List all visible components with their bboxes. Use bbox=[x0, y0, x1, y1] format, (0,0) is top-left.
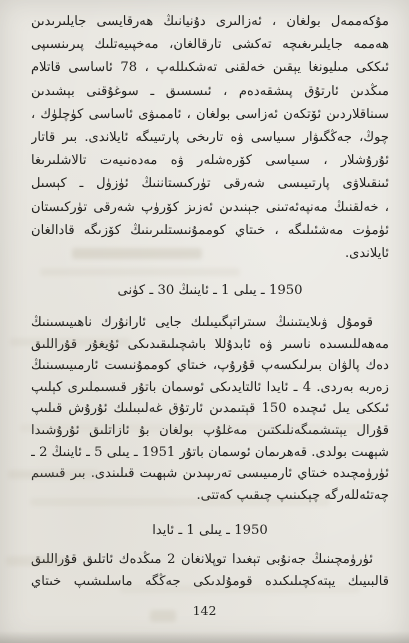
text-line: قۇرال يېتىشمىگەنلىكتىن مەغلۇپ بولغان بۇ … bbox=[31, 420, 389, 442]
text-line: سىناقلاردىن ئۆتكەن ئەزاسى بولغان ، ئاممى… bbox=[31, 103, 389, 126]
text-line: ھەممە جايلىرىغىچە تەكشى تارقالغان، مەخپى… bbox=[31, 33, 389, 56]
text-line: مۇكەممەل بولغان ، ئەزالىرى دۇنيانىڭ ھەرق… bbox=[31, 10, 389, 33]
text-block: مۇكەممەل بولغان ، ئەزالىرى دۇنيانىڭ ھەرق… bbox=[31, 10, 389, 593]
text-line: ، خەلقنىڭ مەنپەئەتىنى جېنىدىن ئەزىز كۆرۈ… bbox=[31, 196, 389, 219]
page-number: 142 bbox=[0, 603, 409, 618]
date-heading: 1950 ـ يىلى 1 ـ ئاينىڭ 30 ـ كۈنى bbox=[31, 281, 389, 301]
paragraph: قومۇل ۋىلايىتىنىڭ سىتراتېگىيىلىك جايى ئا… bbox=[31, 312, 389, 506]
text-line: ئۈمۈت مەشئىلىگە ، خىتاي كوممۇنىستلىرىنىڭ… bbox=[31, 219, 389, 242]
text-line: ئايلاندى. bbox=[31, 242, 389, 265]
text-line: مەھەللىسىدە ناسىر ۋە ئابدۇللا باشچىلىقىد… bbox=[31, 334, 389, 356]
text-line: دەك پالۋان بىرلىكسەپ قۇرۇپ، خىتاي كوممۇن… bbox=[31, 355, 389, 377]
page-edge-shadow bbox=[0, 631, 409, 643]
text-line: مىڭدىن ئارتۇق پىشقەدەم ، ئىسسىق ـ سوغۇقن… bbox=[31, 80, 389, 103]
text-line: چوڭ، جەڭگىۋار سىياسى ۋە تارىخى پارتىيىگە… bbox=[31, 126, 389, 149]
text-line: ئۈرۈمچىدە خىتاي ئارمىيىسى تەرىپىدىن شېھى… bbox=[31, 463, 389, 485]
scanned-page: مۇكەممەل بولغان ، ئەزالىرى دۇنيانىڭ ھەرق… bbox=[0, 0, 409, 643]
paragraph: ئۈرۈمچىنىڭ جەنۇبى تېغىدا توپلانغان 2 مىڭ… bbox=[31, 549, 389, 592]
date-heading: 1950 ـ يىلى 1 ـ ئايدا bbox=[31, 521, 389, 541]
text-line: ئۈرۈمچىنىڭ جەنۇبى تېغىدا توپلانغان 2 مىڭ… bbox=[31, 549, 389, 571]
text-line: قالبىيىك يېتەكچىلىكىدە قومۇلدىكى جەڭگە م… bbox=[31, 571, 389, 593]
text-line: ئىككى مىليونغا يېقىن خەلقنى تەشكىللەپ ، … bbox=[31, 56, 389, 79]
text-line: ئىككى يىل ئىچىدە 150 قېتىمدىن ئارتۇق غەل… bbox=[31, 398, 389, 420]
text-line: ئىنقىلاۋى پارتىيىسى شەرقى تۈركىستاننىڭ ئ… bbox=[31, 172, 389, 195]
text-line: شېھىت بولدى. قەھرىمان ئوسمان باتۇر 1951 … bbox=[31, 442, 389, 464]
paragraph: مۇكەممەل بولغان ، ئەزالىرى دۇنيانىڭ ھەرق… bbox=[31, 10, 389, 265]
text-line: ئۇرۇشلار ، سىياسى كۆرەشلەر ۋە مەدەنىيەت … bbox=[31, 149, 389, 172]
text-line: چەتئەللەرگە چېكىنىپ چىقىپ كەتتى. bbox=[31, 485, 389, 507]
text-line: زەربە بەردى. 4 ـ ئايدا ئالتايدىكى ئوسمان… bbox=[31, 377, 389, 399]
text-line: قومۇل ۋىلايىتىنىڭ سىتراتېگىيىلىك جايى ئا… bbox=[31, 312, 389, 334]
